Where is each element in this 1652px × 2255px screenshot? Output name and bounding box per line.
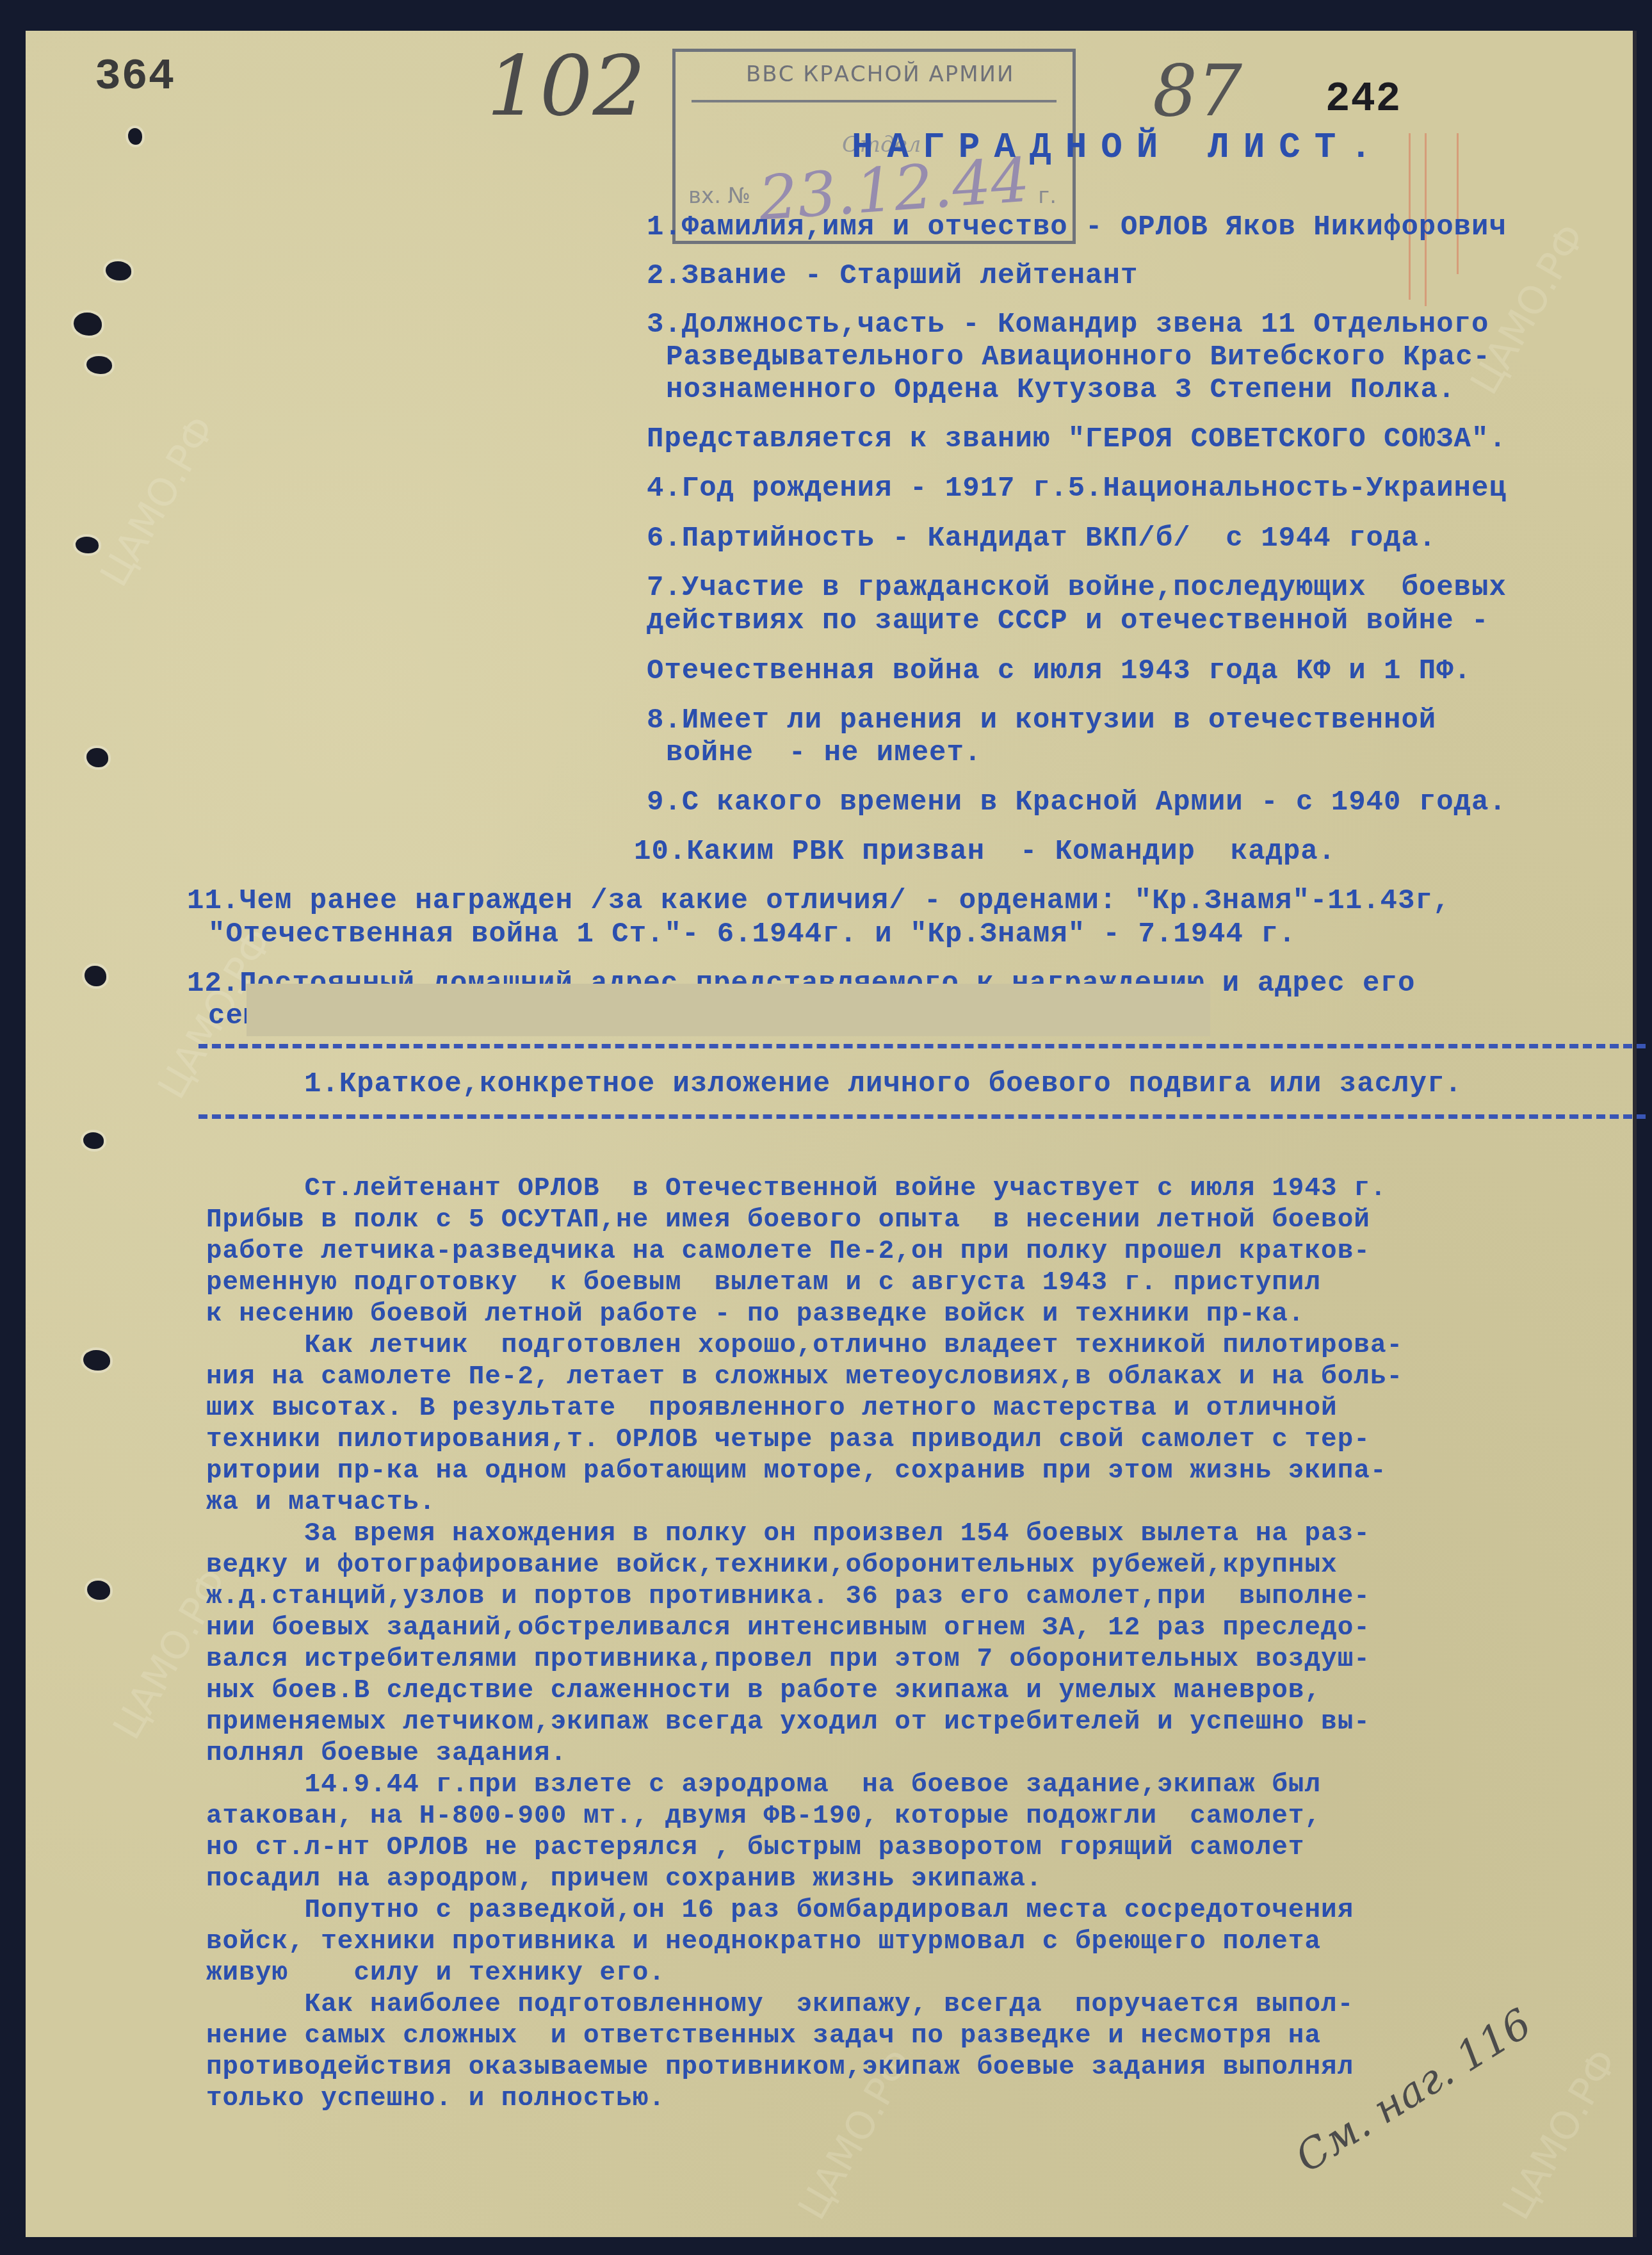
narrative-line: нии боевых заданий,обстреливался интенси… (206, 1613, 1370, 1643)
watermark: ЦАМО.РФ (92, 409, 224, 594)
stamp-rule (692, 100, 1057, 102)
pencil-mark: 87 (1153, 50, 1242, 132)
field-7-line1: 7.Участие в гражданской войне,последующи… (647, 572, 1507, 604)
narrative-line: ведку и фотографирование войск,техники,о… (206, 1551, 1338, 1580)
field-11-prior-awards-line2: "Отечественная война 1 Ст."- 6.1944г. и … (208, 918, 1296, 950)
stamp-incoming-label: вх. № (688, 183, 750, 209)
binder-hole (87, 1581, 110, 1600)
narrative-line: Как летчик подготовлен хорошо,отлично вл… (206, 1331, 1403, 1360)
divider-top (198, 1044, 1646, 1048)
divider-bottom (198, 1114, 1646, 1119)
stamp-year-suffix: г. (1038, 183, 1057, 209)
narrative-line: жа и матчасть. (206, 1488, 435, 1517)
field-4-5-birth-nationality: 4.Год рождения - 1917 г.5.Национальность… (647, 473, 1507, 505)
hero-nomination: Представляется к званию "ГЕРОЯ СОВЕТСКОГ… (647, 423, 1507, 455)
narrative-line: Как наиболее подготовленному экипажу, вс… (206, 1990, 1354, 2019)
section-heading: 1.Краткое,конкретное изложение личного б… (304, 1068, 1462, 1100)
narrative-line: полнял боевые задания. (206, 1739, 567, 1768)
narrative-line: ших высотах. В результате проявленного л… (206, 1394, 1338, 1423)
narrative-line: ритории пр-ка на одном работающим моторе… (206, 1456, 1387, 1486)
narrative-line: к несению боевой летной работе - по разв… (206, 1299, 1304, 1329)
field-1-full-name: 1.Фамилия,имя и отчество - ОРЛОВ Яков Ни… (647, 211, 1507, 243)
narrative-line: только успешно. и полностью. (206, 2084, 665, 2113)
narrative-line: работе летчика-разведчика на самолете Пе… (206, 1237, 1370, 1266)
field-9-service-since: 9.С какого времени в Красной Армии - с 1… (647, 786, 1507, 818)
binder-hole (106, 261, 131, 281)
binder-hole (83, 1350, 110, 1371)
narrative-line: войск, техники противника и неоднократно… (206, 1927, 1321, 1957)
narrative-line: ния на самолете Пе-2, летает в сложных м… (206, 1362, 1403, 1392)
document-sheet: ЦАМО.РФ ЦАМО.РФ ЦАМО.РФ ЦАМО.РФ ЦАМО.РФ … (26, 31, 1637, 2237)
field-6-party: 6.Партийность - Кандидат ВКП/б/ с 1944 г… (647, 523, 1436, 555)
field-8-line1: 8.Имеет ли ранения и контузии в отечеств… (647, 704, 1436, 737)
binder-hole (128, 128, 142, 145)
field-10-draft-office: 10.Каким РВК призван - Командир кадра. (634, 836, 1336, 868)
binder-hole (86, 748, 108, 767)
narrative-line: ременную подготовку к боевым вылетам и с… (206, 1268, 1321, 1298)
field-7-value: Отечественная война с июля 1943 года КФ … (647, 655, 1471, 687)
narrative-line: вался истребителями противника,провел пр… (206, 1645, 1370, 1674)
narrative-line: Ст.лейтенант ОРЛОВ в Отечественной войне… (206, 1174, 1387, 1203)
page-number: 242 (1325, 77, 1401, 123)
binder-hole (86, 356, 112, 374)
narrative-line: посадил на аэродром, причем сохранив жиз… (206, 1864, 1042, 1894)
binder-hole (85, 966, 106, 986)
pencil-number-top: 102 (487, 37, 645, 134)
narrative-line: атакован, на Н-800-900 мт., двумя ФВ-190… (206, 1802, 1321, 1831)
field-2-rank: 2.Звание - Старший лейтенант (647, 260, 1138, 292)
narrative-line: но ст.л-нт ОРЛОВ не растерялся , быстрым… (206, 1833, 1304, 1862)
pencil-note-bottom: См. наг. 116 (1288, 2000, 1540, 2182)
binder-hole (83, 1132, 104, 1149)
stamp-title: ВВС КРАСНОЙ АРМИИ (746, 61, 1014, 87)
binder-hole (76, 537, 99, 553)
narrative-line: За время нахождения в полку он произвел … (206, 1519, 1370, 1549)
narrative-line: применяемых летчиком,экипаж всегда уходи… (206, 1707, 1370, 1737)
field-8-line2: войне - не имеет. (666, 737, 982, 769)
narrative-line: нение самых сложных и ответственных зада… (206, 2021, 1321, 2051)
narrative-line: 14.9.44 г.при взлете с аэродрома на боев… (206, 1770, 1321, 1800)
field-3-position-line2: Разведывательного Авиационного Витебског… (666, 341, 1491, 373)
document-title: НАГРАДНОЙ ЛИСТ. (852, 127, 1386, 168)
binder-hole (74, 313, 102, 336)
narrative-line: живую силу и технику его. (206, 1958, 665, 1988)
sheet-number: 364 (95, 53, 175, 102)
field-3-position-line3: нознаменного Ордена Кутузова 3 Степени П… (666, 374, 1455, 406)
narrative-line: ных боев.В следствие слаженности в работ… (206, 1676, 1321, 1705)
narrative-line: ж.д.станций,узлов и портов противника. 3… (206, 1582, 1370, 1611)
narrative-line: Прибыв в полк с 5 ОСУТАП,не имея боевого… (206, 1205, 1370, 1235)
narrative-line: Попутно с разведкой,он 16 раз бомбардиро… (206, 1896, 1354, 1925)
narrative-line: противодействия оказываемые противником,… (206, 2053, 1354, 2082)
watermark: ЦАМО.РФ (1494, 2042, 1626, 2227)
field-11-prior-awards-line1: 11.Чем ранее награжден /за какие отличия… (187, 885, 1450, 917)
redacted-address (247, 984, 1210, 1036)
field-7-line2: действиях по защите СССР и отечественной… (647, 605, 1489, 637)
narrative-line: техники пилотирования,т. ОРЛОВ четыре ра… (206, 1425, 1370, 1454)
field-3-position-line1: 3.Должность,часть - Командир звена 11 От… (647, 309, 1489, 341)
